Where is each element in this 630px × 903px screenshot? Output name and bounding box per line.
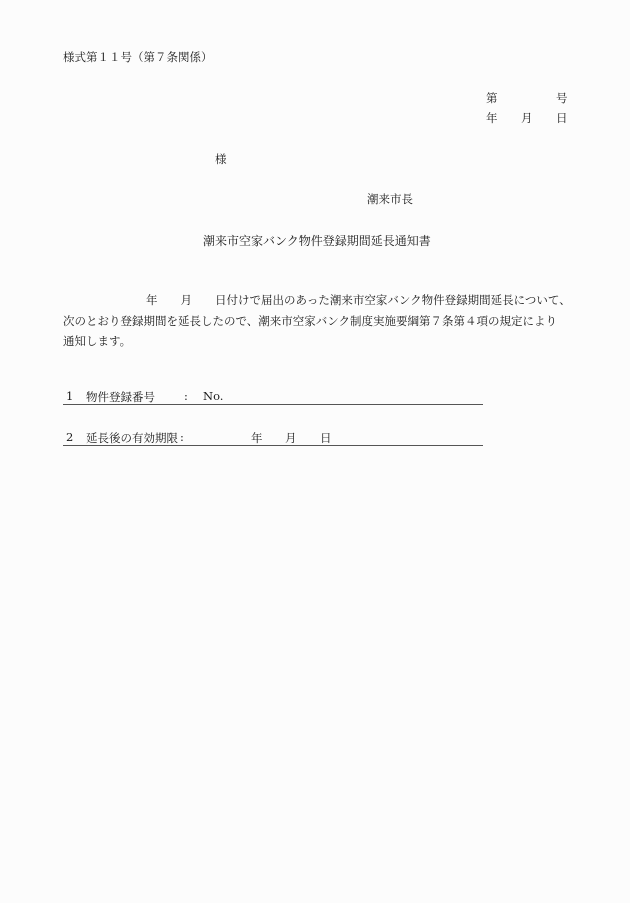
recipient-honorific: 様 [215,151,227,167]
item-label: 物件登録番号 [86,389,155,405]
sender-name: 潮来市長 [367,191,413,207]
body-line-2: 次のとおり登録期間を延長したので、潮来市空家バンク制度実施要綱第７条第４項の規定… [63,311,583,332]
doc-date-month: 月 [521,110,533,126]
body-month: 月 [181,293,193,307]
body-paragraph: 年月日付けで届出のあった潮来市空家バンク物件登録期間延長について、 次のとおり登… [63,290,583,352]
item-month: 月 [285,430,297,446]
item-property-registration-number: 1 物件登録番号 : No. [63,389,483,405]
item-number: 2 [66,430,73,444]
doc-number-suffix: 号 [556,90,568,106]
item-year: 年 [251,430,263,446]
doc-number-prefix: 第 [486,90,498,106]
item-colon: : [180,430,184,444]
document-title: 潮来市空家バンク物件登録期間延長通知書 [203,232,431,249]
body-year: 年 [146,293,158,307]
item-label: 延長後の有効期限 [86,430,178,446]
item-value-prefix: No. [203,389,223,403]
item-colon: : [184,389,188,403]
doc-date-day: 日 [556,110,568,126]
body-line-1-text: 日付けで届出のあった潮来市空家バンク物件登録期間延長について、 [215,293,571,307]
item-day: 日 [320,430,332,446]
body-line-3: 通知します。 [63,331,583,352]
item-extended-expiry-date: 2 延長後の有効期限 : 年 月 日 [63,430,483,446]
body-line-1: 年月日付けで届出のあった潮来市空家バンク物件登録期間延長について、 [63,290,583,311]
item-number: 1 [66,389,73,403]
form-number: 様式第１１号（第７条関係） [63,49,213,65]
doc-date-year: 年 [486,110,498,126]
